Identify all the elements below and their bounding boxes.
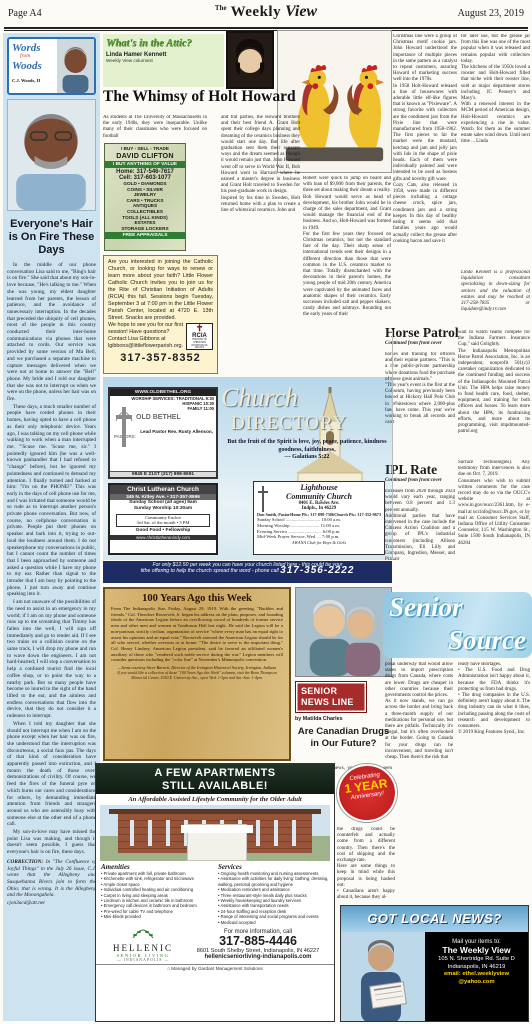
lighthouse-schedule: Sunday School ..........................…	[257, 517, 381, 540]
whimsy-col1: As students at The University of Massach…	[103, 115, 207, 142]
got-news-mail-panel: Mail your items to: The Weekly View 105 …	[425, 932, 528, 1022]
got-news-title: GOT LOCAL NEWS?	[367, 911, 501, 926]
horse-patrol-continued: Continued from front cover	[385, 341, 442, 346]
amenities-list: Private apartment with full, private bat…	[101, 871, 212, 920]
article-paragraph: I am not unaware of the possibilities of…	[7, 599, 96, 720]
service-item: Assistance with activities for daily liv…	[218, 876, 329, 887]
whimsy-col3: Robert were quick to jump on board and w…	[303, 176, 391, 373]
article-paragraph: In the middle of our phone conversation …	[7, 262, 96, 403]
rcia-body: Are you interested in joining the Cathol…	[108, 259, 213, 322]
senior-news-line-kicker: SENIOR NEWS LINE	[295, 681, 367, 713]
hellenic-logo: HELLENIC SENIOR LIVING — INDIANAPOLIS —	[100, 926, 186, 962]
rcia-ad[interactable]: Are you interested in joining the Cathol…	[103, 255, 218, 374]
cross-icon	[114, 405, 134, 449]
ipl-rate-col1: increases from 2020 through 2024 would v…	[385, 489, 455, 589]
article-paragraph: My son-in-love may have missed the point…	[7, 829, 96, 856]
whats-in-the-attic-banner: What's in the Attic? Linda Hamer Kennett…	[103, 34, 224, 87]
whimsy-col2: and frat parties, the Howard brothers an…	[221, 115, 300, 373]
service-item: Range of interesting and social programs…	[218, 914, 329, 919]
whimsy-col4: Christmas line were a group of Christmas…	[393, 34, 457, 324]
hellenic-address: 8601 South Shelby Street, Indianapolis, …	[186, 948, 330, 954]
columnist-photo-small	[57, 39, 94, 93]
words-from-woods-column: Words from Woods C.J. Woods, II	[3, 33, 100, 1021]
columnist-name: C.J. Woods, II	[12, 75, 56, 86]
senior-column-headline: Are Canadian Drugs in Our Future?	[295, 726, 392, 749]
directory-title-2: DIRECTORY	[231, 413, 347, 435]
column-title: What's in the Attic?	[106, 38, 221, 49]
column-author-role: Weekly View columnist	[106, 58, 221, 63]
horse-patrol-headline: Horse Patrol	[385, 325, 459, 341]
apartments-subhead: An Affordable Assisted Lifestyle Communi…	[96, 796, 334, 803]
clifton-item-list: GOLD • DIAMONDSCOINS • SILVERJEWELRYCARS…	[105, 181, 185, 231]
masthead: The Weekly View	[0, 3, 532, 21]
old-bethel-ad[interactable]: WWW.OLDBETHEL.ORG WORSHIP SERVICES: TRAD…	[108, 387, 218, 479]
christ-lutheran-url[interactable]: www.christlutheranindy.com	[110, 535, 216, 540]
words-from-woods-logo: Words from Woods C.J. Woods, II	[7, 37, 96, 95]
euchre-note: Community Euchre 3rd Sat. of the month •…	[116, 514, 210, 527]
old-bethel-address: 9845 E 21ST (317) 898-8691	[110, 471, 216, 477]
cross-icon	[257, 486, 269, 512]
author-email-link[interactable]: cjon3acd@att.net	[7, 900, 96, 906]
masthead-weekly: Weekly	[231, 4, 282, 20]
got-local-news-ad[interactable]: GOT LOCAL NEWS? Mail your items to: The …	[340, 905, 529, 1022]
senior-col2: posal underway that would allow states t…	[385, 662, 453, 902]
building-photo	[100, 805, 330, 861]
clifton-banner: I BUY ANYTHING OF VALUE	[105, 161, 185, 168]
hellenic-apartments-ad[interactable]: A FEW APARTMENTS STILL AVAILABLE! An Aff…	[95, 763, 335, 1022]
senior-source-banner: Senior Source	[383, 592, 532, 658]
senior-column-byline: by Matilda Charles	[295, 716, 343, 722]
newspaper-page: Page A4 The Weekly View August 23, 2019 …	[0, 0, 532, 1024]
masthead-view: View	[285, 3, 317, 20]
logo-woods: Woods	[12, 60, 42, 72]
senior-col3: ready have shortages. • The U.S. Food an…	[458, 662, 530, 902]
horse-patrol-col1: horses and training for officers and the…	[385, 352, 455, 458]
laurel-icon	[130, 929, 156, 939]
article-paragraph: These days, a much smaller number of peo…	[7, 404, 96, 598]
hellenic-phone: 317-885-4446	[186, 935, 330, 948]
hundred-years-box: 100 Years Ago this Week From The Indiana…	[103, 587, 291, 761]
verse-reference: — Galatians 5:22	[285, 454, 330, 460]
service-item: Medicaid accepted	[218, 920, 329, 925]
rcia-logo: ✝ RCIA THE RITE OF CHRISTIAN INITIATION …	[186, 323, 213, 350]
lighthouse-church-phone: Church Ph.: 317-352-9673	[334, 512, 381, 517]
issue-date: August 23, 2019	[458, 8, 524, 19]
old-bethel-url[interactable]: WWW.OLDBETHEL.ORG	[110, 389, 216, 396]
hellenic-contact: For more information, call 317-885-4446 …	[186, 929, 330, 960]
left-article-body: In the middle of our phone conversation …	[7, 262, 96, 856]
amenities-title: Amenities	[101, 863, 212, 871]
apartments-headline: A FEW APARTMENTS STILL AVAILABLE!	[96, 764, 334, 794]
got-news-email-link[interactable]: email: ethel.weeklyview@yahoo.com	[425, 971, 528, 986]
horse-patrol-col2: wait to watch teams compete for the Indi…	[458, 330, 530, 456]
clifton-name: DAVID CLIFTON	[105, 151, 185, 160]
gardant-footer: ⌂ Managed by Gardant Management Solution…	[96, 964, 334, 971]
directory-phone: 317-356-2222	[280, 565, 354, 576]
david-clifton-ad[interactable]: I BUY - SELL - TRADE DAVID CLIFTON I BUY…	[104, 143, 186, 251]
amenity-item: Mini-blinds provided	[101, 914, 212, 919]
directory-title-1: Church	[221, 383, 298, 413]
hundred-years-body: From The Indianapolis Star, Friday, Augu…	[111, 606, 283, 663]
correction-note: CORRECTION: In "The Confluence of Joyful…	[7, 859, 96, 899]
directory-pricing-strip: For only $12.50 per week you can have yo…	[103, 561, 392, 583]
columnist-photo	[7, 99, 96, 211]
logo-from: from	[12, 54, 56, 59]
christ-lutheran-ad[interactable]: Christ Lutheran Church 345 N. Kitley Ave…	[108, 483, 218, 555]
kennett-bio: Linda Kennett is a professional liquidat…	[461, 270, 530, 328]
clifton-footer: FREE APPRAISALS	[105, 232, 185, 239]
directory-verse: But the fruit of the Spirit is love, joy…	[227, 439, 387, 462]
ipl-rate-continued: Continued from front cover	[385, 478, 442, 483]
lighthouse-name: Lighthouse Community Church	[257, 484, 381, 501]
article-paragraph: When I told my daughter that she should …	[7, 721, 96, 828]
masthead-the: The	[215, 4, 227, 12]
rcia-phone: 317-357-8352	[108, 352, 213, 364]
hellenic-website-link[interactable]: hellenicseniorliving-indianapolis.com	[186, 954, 330, 960]
clifton-item: STORAGE LOCKERS	[105, 226, 185, 232]
ipl-rate-col2: Surface Technologies). Any testimony fro…	[458, 460, 530, 590]
kennett-photo	[226, 31, 274, 89]
left-article-headline: Everyone's Hair is On Fire These Days	[7, 218, 96, 257]
services-title: Services	[218, 863, 329, 871]
hundred-years-footer: If you would like a collection of these …	[111, 670, 283, 680]
cross-icon: ✝	[187, 324, 212, 333]
services-column: Services Ongoing health monitoring and n…	[218, 863, 329, 925]
column-rule	[392, 330, 393, 560]
lighthouse-ad[interactable]: Lighthouse Community Church 8401 E. Rawl…	[253, 481, 385, 555]
old-bethel-name: OLD BETHEL	[136, 414, 216, 421]
services-list: Ongoing health monitoring and nursing as…	[218, 871, 329, 925]
newspaper-reader-photo	[341, 932, 425, 1022]
senior-couple-photo	[295, 587, 392, 677]
whimsy-headline: The Whimsy of Holt Howard	[103, 88, 313, 106]
church-directory: Church DIRECTORY But the fruit of the Sp…	[103, 377, 392, 560]
amenities-column: Amenities Private apartment with full, p…	[101, 863, 212, 925]
hundred-years-title: 100 Years Ago this Week	[111, 593, 283, 604]
whimsy-col5: for later use, but the grease jar from t…	[461, 34, 530, 268]
